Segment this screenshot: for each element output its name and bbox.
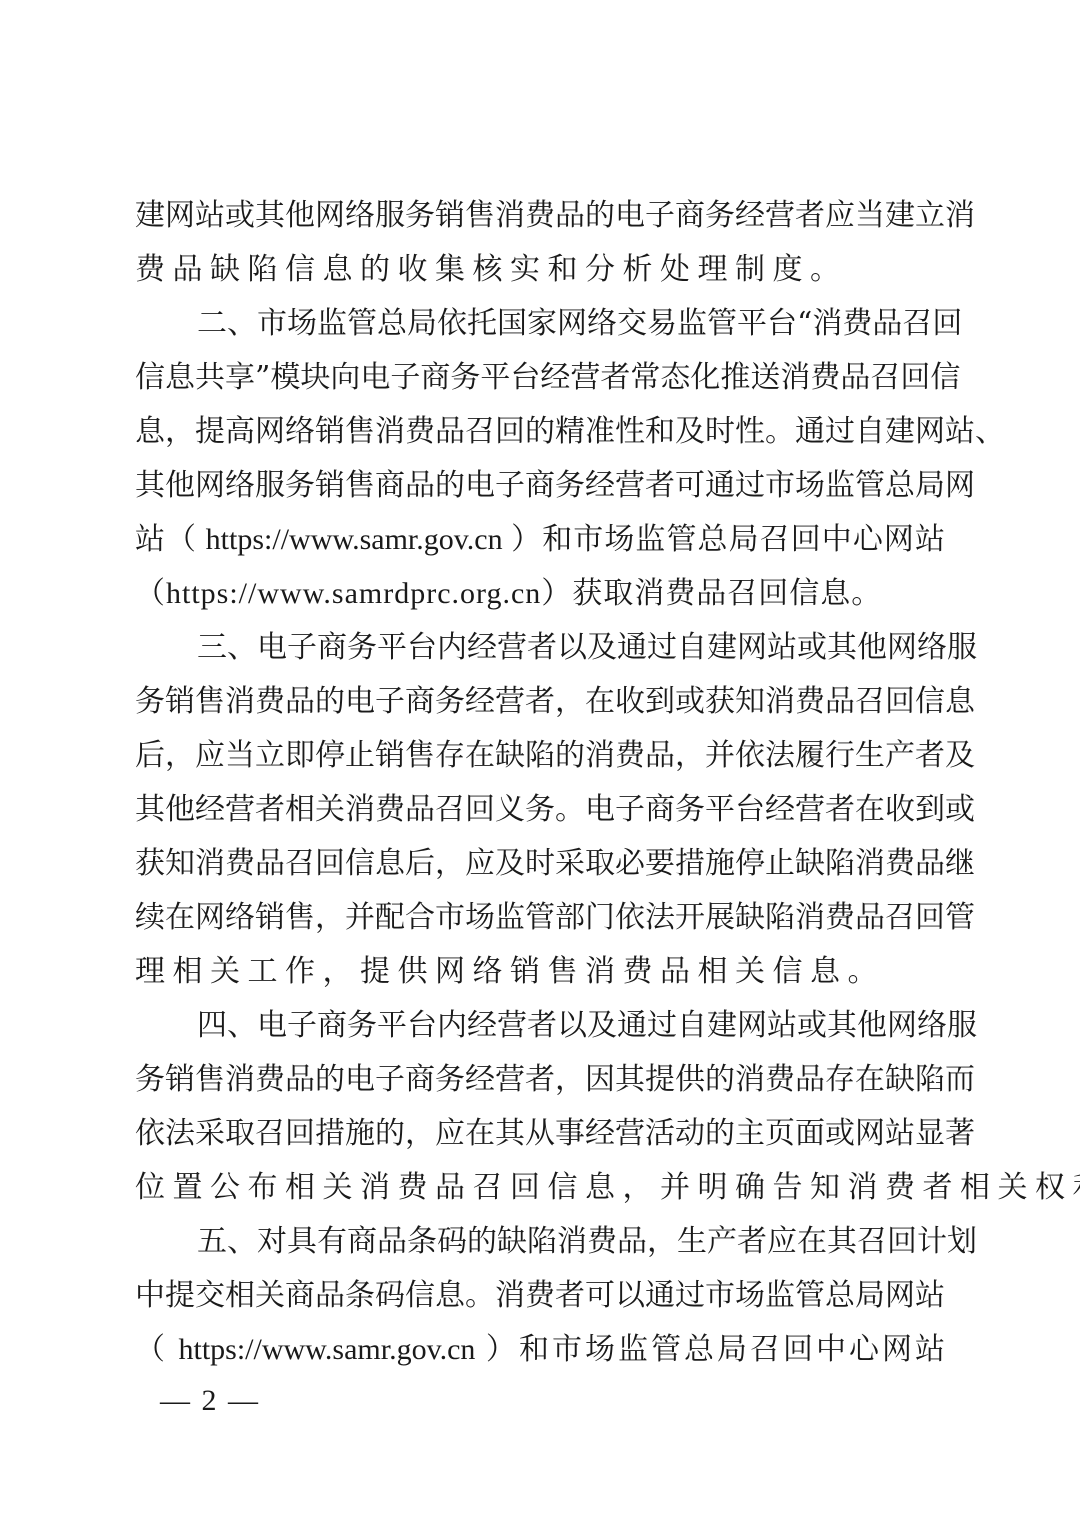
paragraph-item-5-line: 中提交相关商品条码信息。消费者可以通过市场监管总局网站 [135,1269,945,1323]
paragraph-item-3-line: 三、电子商务平台内经营者以及通过自建网站或其他网络服 [135,621,945,675]
document-page: 建网站或其他网络服务销售消费品的电子商务经营者应当建立消 费品缺陷信息的收集核实… [0,0,1080,1527]
document-body: 建网站或其他网络服务销售消费品的电子商务经营者应当建立消 费品缺陷信息的收集核实… [135,189,945,1377]
paragraph-item-4-line: 依法采取召回措施的，应在其从事经营活动的主页面或网站显著 [135,1107,945,1161]
page-number: — 2 — [160,1384,260,1418]
paragraph-item-4-line: 四、电子商务平台内经营者以及通过自建网站或其他网络服 [135,999,945,1053]
paragraph-item-2-line: 其他网络服务销售商品的电子商务经营者可通过市场监管总局网 [135,459,945,513]
paragraph-item-3-line: 其他经营者相关消费品召回义务。电子商务平台经营者在收到或 [135,783,945,837]
paragraph-item-2-url-line: （https://www.samrdprc.org.cn）获取消费品召回信息。 [135,567,945,621]
paragraph-item-2-line: 二、市场监管总局依托国家网络交易监管平台“消费品召回 [135,297,945,351]
paragraph-continuation-line: 费品缺陷信息的收集核实和分析处理制度。 [135,243,945,297]
paragraph-item-2-line: 息，提高网络销售消费品召回的精准性和及时性。通过自建网站、 [135,405,945,459]
paragraph-item-2-line: 信息共享”模块向电子商务平台经营者常态化推送消费品召回信 [135,351,945,405]
paragraph-item-3-line: 获知消费品召回信息后，应及时采取必要措施停止缺陷消费品继 [135,837,945,891]
paragraph-item-5-url-line: （ https://www.samr.gov.cn ）和市场监管总局召回中心网站 [135,1323,945,1377]
paragraph-item-4-line: 位置公布相关消费品召回信息，并明确告知消费者相关权利。 [135,1161,945,1215]
paragraph-item-4-line: 务销售消费品的电子商务经营者，因其提供的消费品存在缺陷而 [135,1053,945,1107]
paragraph-item-3-line: 务销售消费品的电子商务经营者，在收到或获知消费品召回信息 [135,675,945,729]
paragraph-item-3-line: 续在网络销售，并配合市场监管部门依法开展缺陷消费品召回管 [135,891,945,945]
paragraph-item-3-line: 理相关工作，提供网络销售消费品相关信息。 [135,945,945,999]
paragraph-item-3-line: 后，应当立即停止销售存在缺陷的消费品，并依法履行生产者及 [135,729,945,783]
paragraph-continuation-line: 建网站或其他网络服务销售消费品的电子商务经营者应当建立消 [135,189,945,243]
paragraph-item-5-line: 五、对具有商品条码的缺陷消费品，生产者应在其召回计划 [135,1215,945,1269]
paragraph-item-2-url-line: 站（ https://www.samr.gov.cn ）和市场监管总局召回中心网… [135,513,945,567]
